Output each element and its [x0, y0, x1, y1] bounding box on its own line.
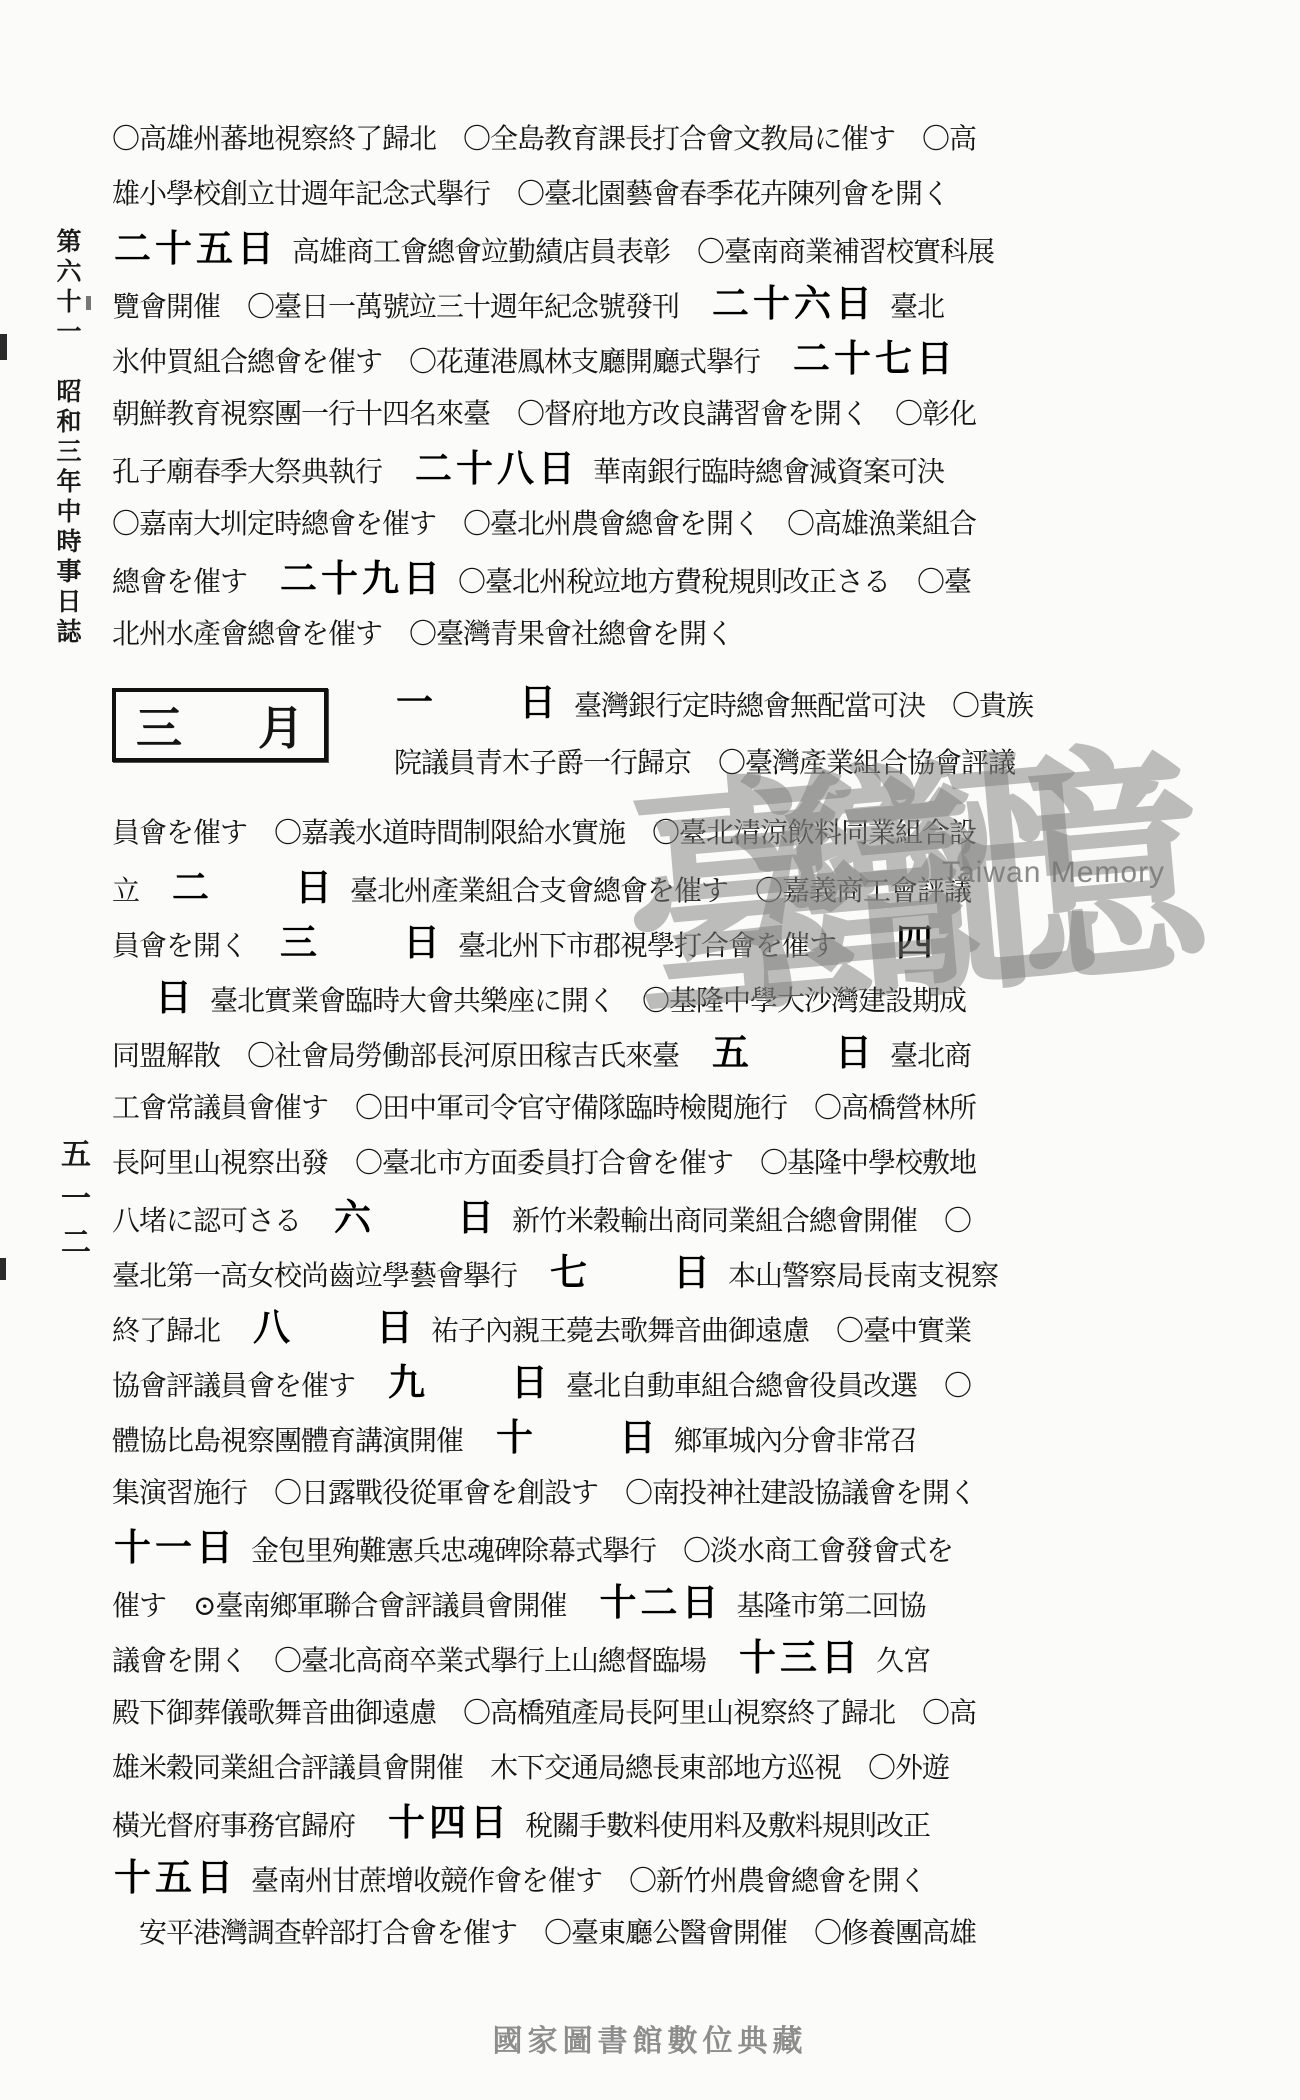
event-text: 臺北第一高女校尚齒竝學藝會擧行	[112, 1261, 544, 1292]
body-line: 一 日臺灣銀行定時總會無配當可決 〇貴族	[394, 674, 1033, 734]
body-line: 集演習施行 〇日露戰役從軍會を創設す 〇南投神社建設協議會を開く	[112, 1466, 920, 1521]
margin-page-number: 五一二	[50, 1138, 94, 1270]
event-text: 新竹米穀輸出商同業組合總會開催 〇	[512, 1206, 971, 1237]
body-line: 氷仲買組合總會を催す 〇花蓮港鳳林支廳開廳式擧行 二十七日	[112, 332, 920, 387]
body-line: 協會評議員會を催す 九 日臺北自動車組合總會役員改選 〇	[112, 1356, 920, 1411]
body-line: 橫光督府事務官歸府 十四日稅關手數料使用料及敷料規則改正	[112, 1796, 920, 1851]
event-text: 長阿里山視察出發 〇臺北市方面委員打合會を催す 〇基隆中學校敷地	[112, 1148, 976, 1179]
diary-body: 〇高雄州蕃地視察終了歸北 〇全島教育課長打合會文教局に催す 〇高雄小學校創立廿週…	[112, 112, 920, 1961]
event-text: 臺北自動車組合總會役員改選 〇	[566, 1371, 971, 1402]
event-text: 同盟解散 〇社會局勞働部長河原田稼吉氏來臺	[112, 1041, 706, 1072]
event-text: 祐子內親王薨去歌舞音曲御遠慮 〇臺中實業	[431, 1316, 971, 1347]
event-text: 員會を開く	[112, 931, 274, 962]
event-text: 體協比島視察團體育講演開催	[112, 1426, 490, 1457]
event-text: 集演習施行 〇日露戰役從軍會を創設す 〇南投神社建設協議會を開く	[112, 1478, 976, 1509]
day-heading: 二十九日	[280, 559, 444, 600]
body-line: 立 二 日臺北州產業組合支會總會を催す 〇嘉義商工會評議	[112, 861, 920, 916]
event-text: 臺北	[890, 292, 944, 323]
body-line: 十一日金包里殉難憲兵忠魂碑除幕式擧行 〇淡水商工會發會式を	[112, 1521, 920, 1576]
day-heading: 十五日	[114, 1858, 237, 1899]
body-line: 〇高雄州蕃地視察終了歸北 〇全島教育課長打合會文教局に催す 〇高	[112, 112, 920, 167]
event-text: 久宮	[876, 1646, 930, 1677]
body-line: 終了歸北 八 日祐子內親王薨去歌舞音曲御遠慮 〇臺中實業	[112, 1301, 920, 1356]
event-text: 稅關手數料使用料及敷料規則改正	[525, 1811, 930, 1842]
body-line: 覽會開催 〇臺日一萬號竝三十週年紀念號發刊 二十六日臺北	[112, 277, 920, 332]
event-text: 基隆市第二回協	[736, 1591, 925, 1622]
body-line: 〇嘉南大圳定時總會を催す 〇臺北州農會總會を開く 〇高雄漁業組合	[112, 497, 920, 552]
day-heading: 二十七日	[793, 339, 957, 380]
day-heading: 五 日	[712, 1033, 876, 1074]
day-heading: 二 日	[172, 868, 336, 909]
event-text: 氷仲買組合總會を催す 〇花蓮港鳳林支廳開廳式擧行	[112, 347, 787, 378]
month-header-char-right: 月	[258, 692, 304, 758]
event-text: 臺北州下市郡視學打合會を催す	[458, 931, 890, 962]
body-line: 員會を催す 〇嘉義水道時間制限給水實施 〇臺北清涼飲料同業組合設	[112, 806, 920, 861]
event-text: 工會常議員會催す 〇田中軍司令官守備隊臨時檢閱施行 〇高橋營林所	[112, 1093, 976, 1124]
event-text: 八堵に認可さる	[112, 1206, 328, 1237]
body-line: 日臺北實業會臨時大會共樂座に開く 〇基隆中學大沙灣建設期成	[112, 971, 920, 1026]
body-line: 十五日臺南州甘蔗增收競作會を催す 〇新竹州農會總會を開く	[112, 1851, 920, 1906]
month-header-char-left: 三	[136, 692, 182, 758]
day-heading: 十一日	[114, 1528, 237, 1569]
body-line: 總會を催す 二十九日〇臺北州稅竝地方費稅規則改正さる 〇臺	[112, 552, 920, 607]
month-header-box: 三 月	[112, 688, 328, 762]
event-text: 立	[112, 876, 166, 907]
body-line: 院議員青木子爵一行歸京 〇臺灣產業組合協會評議	[394, 734, 1033, 794]
body-line: 員會を開く 三 日臺北州下市郡視學打合會を催す 四	[112, 916, 920, 971]
body-line: 催す ⊙臺南鄉軍聯合會評議員會開催 十二日基隆市第二回協	[112, 1576, 920, 1631]
event-text: 殿下御葬儀歌舞音曲御遠慮 〇高橋殖產局長阿里山視察終了歸北 〇高	[112, 1698, 976, 1729]
day-heading: 四	[896, 923, 937, 964]
event-text: 橫光督府事務官歸府	[112, 1811, 382, 1842]
body-line: 雄小學校創立廿週年記念式擧行 〇臺北園藝會春季花卉陳列會を開く	[112, 167, 920, 222]
event-text: 催す ⊙臺南鄉軍聯合會評議員會開催	[112, 1591, 593, 1622]
body-line: 體協比島視察團體育講演開催 十 日鄉軍城內分會非常召	[112, 1411, 920, 1466]
event-text: 臺北商	[890, 1041, 971, 1072]
event-text: 安平港灣調查幹部打合會を催す 〇臺東廳公醫會開催 〇修養團高雄	[112, 1918, 976, 1949]
event-text: 臺南州甘蔗增收競作會を催す 〇新竹州農會總會を開く	[251, 1866, 926, 1897]
event-text: 臺灣銀行定時總會無配當可決 〇貴族	[574, 691, 1033, 722]
event-text: 〇高雄州蕃地視察終了歸北 〇全島教育課長打合會文教局に催す 〇高	[112, 124, 976, 155]
body-line: 同盟解散 〇社會局勞働部長河原田稼吉氏來臺 五 日臺北商	[112, 1026, 920, 1081]
event-text: 〇嘉南大圳定時總會を催す 〇臺北州農會總會を開く 〇高雄漁業組合	[112, 509, 976, 540]
day-heading: 三 日	[280, 923, 444, 964]
day-heading: 二十六日	[712, 284, 876, 325]
day-heading: 一 日	[396, 683, 560, 724]
event-text: 〇臺北州稅竝地方費稅規則改正さる 〇臺	[458, 567, 971, 598]
day-heading: 六 日	[334, 1198, 498, 1239]
lines-top: 〇高雄州蕃地視察終了歸北 〇全島教育課長打合會文教局に催す 〇高雄小學校創立廿週…	[112, 112, 920, 662]
scanned-document-page: 第六十一 昭和三年中時事日誌 五一二 〇高雄州蕃地視察終了歸北 〇全島教育課長打…	[0, 0, 1300, 2100]
scan-artifact	[0, 334, 7, 360]
event-text: 協會評議員會を催す	[112, 1371, 382, 1402]
event-text: 孔子廟春季大祭典執行	[112, 457, 409, 488]
event-text: 雄米穀同業組合評議員會開催 木下交通局總長東部地方巡視 〇外遊	[112, 1753, 949, 1784]
day-heading: 十 日	[496, 1418, 660, 1459]
body-line: 北州水產會總會を催す 〇臺灣青果會社總會を開く	[112, 607, 920, 662]
event-text: 朝鮮教育視察團一行十四名來臺 〇督府地方改良講習會を開く 〇彰化	[112, 399, 976, 430]
body-line: 朝鮮教育視察團一行十四名來臺 〇督府地方改良講習會を開く 〇彰化	[112, 387, 920, 442]
body-line: 工會常議員會催す 〇田中軍司令官守備隊臨時檢閱施行 〇高橋營林所	[112, 1081, 920, 1136]
library-archive-footer: 國家圖書館數位典藏	[0, 2016, 1300, 2060]
event-text: 華南銀行臨時總會減資案可決	[593, 457, 944, 488]
body-line: 八堵に認可さる 六 日新竹米穀輸出商同業組合總會開催 〇	[112, 1191, 920, 1246]
day-heading: 二十五日	[114, 229, 278, 270]
scan-artifact	[86, 296, 91, 310]
day-heading: 八 日	[253, 1308, 417, 1349]
margin-volume-title: 第六十一 昭和三年中時事日誌	[48, 228, 84, 648]
scan-artifact	[0, 1258, 6, 1280]
day-heading: 十四日	[388, 1803, 511, 1844]
event-text: 終了歸北	[112, 1316, 247, 1347]
body-line: 議會を開く 〇臺北高商卒業式擧行上山總督臨場 十三日久宮	[112, 1631, 920, 1686]
body-line: 二十五日高雄商工會總會竝勤績店員表彰 〇臺南商業補習校實科展	[112, 222, 920, 277]
lines-bottom: 員會を催す 〇嘉義水道時間制限給水實施 〇臺北清涼飲料同業組合設立 二 日臺北州…	[112, 806, 920, 1961]
event-text: 院議員青木子爵一行歸京 〇臺灣產業組合協會評議	[394, 748, 1015, 779]
body-line: 臺北第一高女校尚齒竝學藝會擧行 七 日本山警察局長南支視察	[112, 1246, 920, 1301]
body-line: 長阿里山視察出發 〇臺北市方面委員打合會を催す 〇基隆中學校敷地	[112, 1136, 920, 1191]
day-heading: 十三日	[739, 1638, 862, 1679]
event-text: 金包里殉難憲兵忠魂碑除幕式擧行 〇淡水商工會發會式を	[251, 1536, 953, 1567]
day-heading: 九 日	[388, 1363, 552, 1404]
event-text: 覽會開催 〇臺日一萬號竝三十週年紀念號發刊	[112, 292, 706, 323]
month-lines: 一 日臺灣銀行定時總會無配當可決 〇貴族院議員青木子爵一行歸京 〇臺灣產業組合協…	[394, 674, 1033, 794]
event-text: 臺北實業會臨時大會共樂座に開く 〇基隆中學大沙灣建設期成	[210, 986, 966, 1017]
event-text: 高雄商工會總會竝勤績店員表彰 〇臺南商業補習校實科展	[292, 237, 994, 268]
day-heading: 日	[114, 978, 196, 1019]
taiwan-memory-watermark-latin: Taiwan Memory	[942, 856, 1165, 890]
event-text: 北州水產會總會を催す 〇臺灣青果會社總會を開く	[112, 619, 733, 650]
body-line: 殿下御葬儀歌舞音曲御遠慮 〇高橋殖產局長阿里山視察終了歸北 〇高	[112, 1686, 920, 1741]
event-text: 員會を催す 〇嘉義水道時間制限給水實施 〇臺北清涼飲料同業組合設	[112, 818, 976, 849]
event-text: 臺北州產業組合支會總會を催す 〇嘉義商工會評議	[350, 876, 971, 907]
event-text: 議會を開く 〇臺北高商卒業式擧行上山總督臨場	[112, 1646, 733, 1677]
event-text: 雄小學校創立廿週年記念式擧行 〇臺北園藝會春季花卉陳列會を開く	[112, 179, 949, 210]
body-line: 雄米穀同業組合評議員會開催 木下交通局總長東部地方巡視 〇外遊	[112, 1741, 920, 1796]
day-heading: 十二日	[599, 1583, 722, 1624]
event-text: 總會を催す	[112, 567, 274, 598]
day-heading: 七 日	[550, 1253, 714, 1294]
month-section: 三 月 一 日臺灣銀行定時總會無配當可決 〇貴族院議員青木子爵一行歸京 〇臺灣產…	[112, 674, 920, 794]
body-line: 安平港灣調查幹部打合會を催す 〇臺東廳公醫會開催 〇修養團高雄	[112, 1906, 920, 1961]
event-text: 本山警察局長南支視察	[728, 1261, 998, 1292]
day-heading: 二十八日	[415, 449, 579, 490]
event-text: 鄉軍城內分會非常召	[674, 1426, 917, 1457]
body-line: 孔子廟春季大祭典執行 二十八日華南銀行臨時總會減資案可決	[112, 442, 920, 497]
